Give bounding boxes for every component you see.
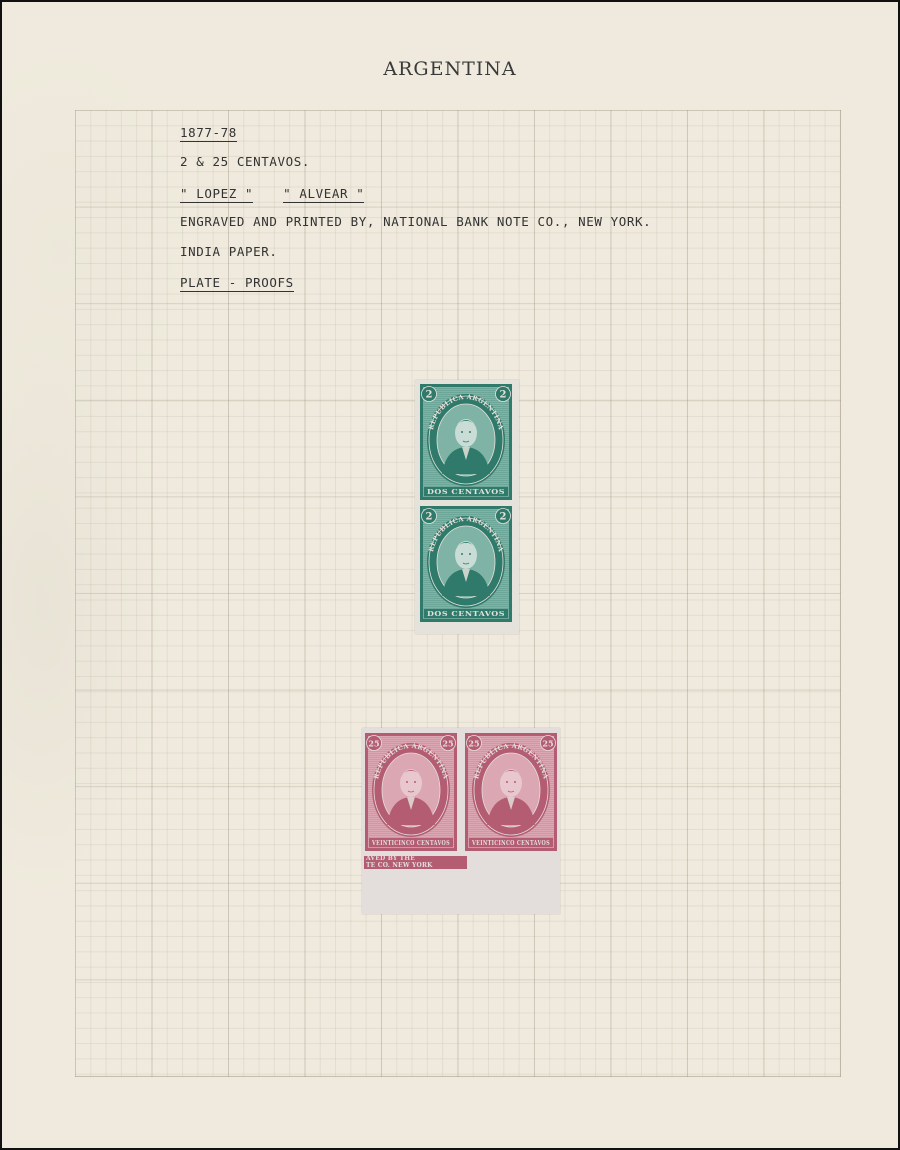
proof-type-heading: PLATE - PROOFS	[180, 275, 294, 290]
album-page: ARGENTINA 1877-78 2 & 25 CENTAVOS. " LOP…	[2, 2, 898, 1148]
svg-text:2: 2	[426, 390, 433, 401]
svg-text:DOS CENTAVOS: DOS CENTAVOS	[427, 611, 505, 618]
svg-text:25: 25	[468, 739, 479, 749]
svg-text:2: 2	[500, 390, 507, 401]
portraits-line: " LOPEZ "" ALVEAR "	[180, 186, 364, 201]
portrait-alvear: " ALVEAR "	[283, 186, 364, 203]
svg-text:25: 25	[542, 739, 553, 749]
year-heading: 1877-78	[180, 125, 237, 140]
page-title: ARGENTINA	[2, 58, 898, 80]
year-text: 1877-78	[180, 125, 237, 142]
stamp-2c-bottom: REPUBLICA ARGENTINA22DOS CENTAVOS	[420, 506, 512, 622]
stamp-25c-right: REPUBLICA ARGENTINA2525VEINTICINCO CENTA…	[465, 733, 557, 851]
portrait-lopez: " LOPEZ "	[180, 186, 253, 203]
imprint-inscription: AVED BY THE TE CO. NEW YORK	[364, 856, 467, 870]
svg-text:DOS CENTAVOS: DOS CENTAVOS	[427, 489, 505, 496]
svg-text:25: 25	[442, 739, 453, 749]
green-stamp-pair[interactable]: REPUBLICA ARGENTINA22DOS CENTAVOS REPUBL…	[415, 380, 519, 634]
values-line: 2 & 25 CENTAVOS.	[180, 154, 310, 169]
svg-text:VEINTICINCO CENTAVOS: VEINTICINCO CENTAVOS	[371, 840, 450, 847]
stamp-25c-left: REPUBLICA ARGENTINA2525VEINTICINCO CENTA…	[365, 733, 457, 851]
engraver-line: ENGRAVED AND PRINTED BY, NATIONAL BANK N…	[180, 214, 651, 229]
svg-text:25: 25	[368, 739, 379, 749]
paper-line: INDIA PAPER.	[180, 244, 278, 259]
svg-text:2: 2	[500, 512, 507, 523]
imprint-line-2: TE CO. NEW YORK	[364, 863, 467, 870]
proof-type-text: PLATE - PROOFS	[180, 275, 294, 292]
red-stamp-pair[interactable]: REPUBLICA ARGENTINA2525VEINTICINCO CENTA…	[362, 728, 560, 914]
svg-text:2: 2	[426, 512, 433, 523]
stamp-2c-top: REPUBLICA ARGENTINA22DOS CENTAVOS	[420, 384, 512, 500]
svg-text:VEINTICINCO CENTAVOS: VEINTICINCO CENTAVOS	[471, 840, 550, 847]
